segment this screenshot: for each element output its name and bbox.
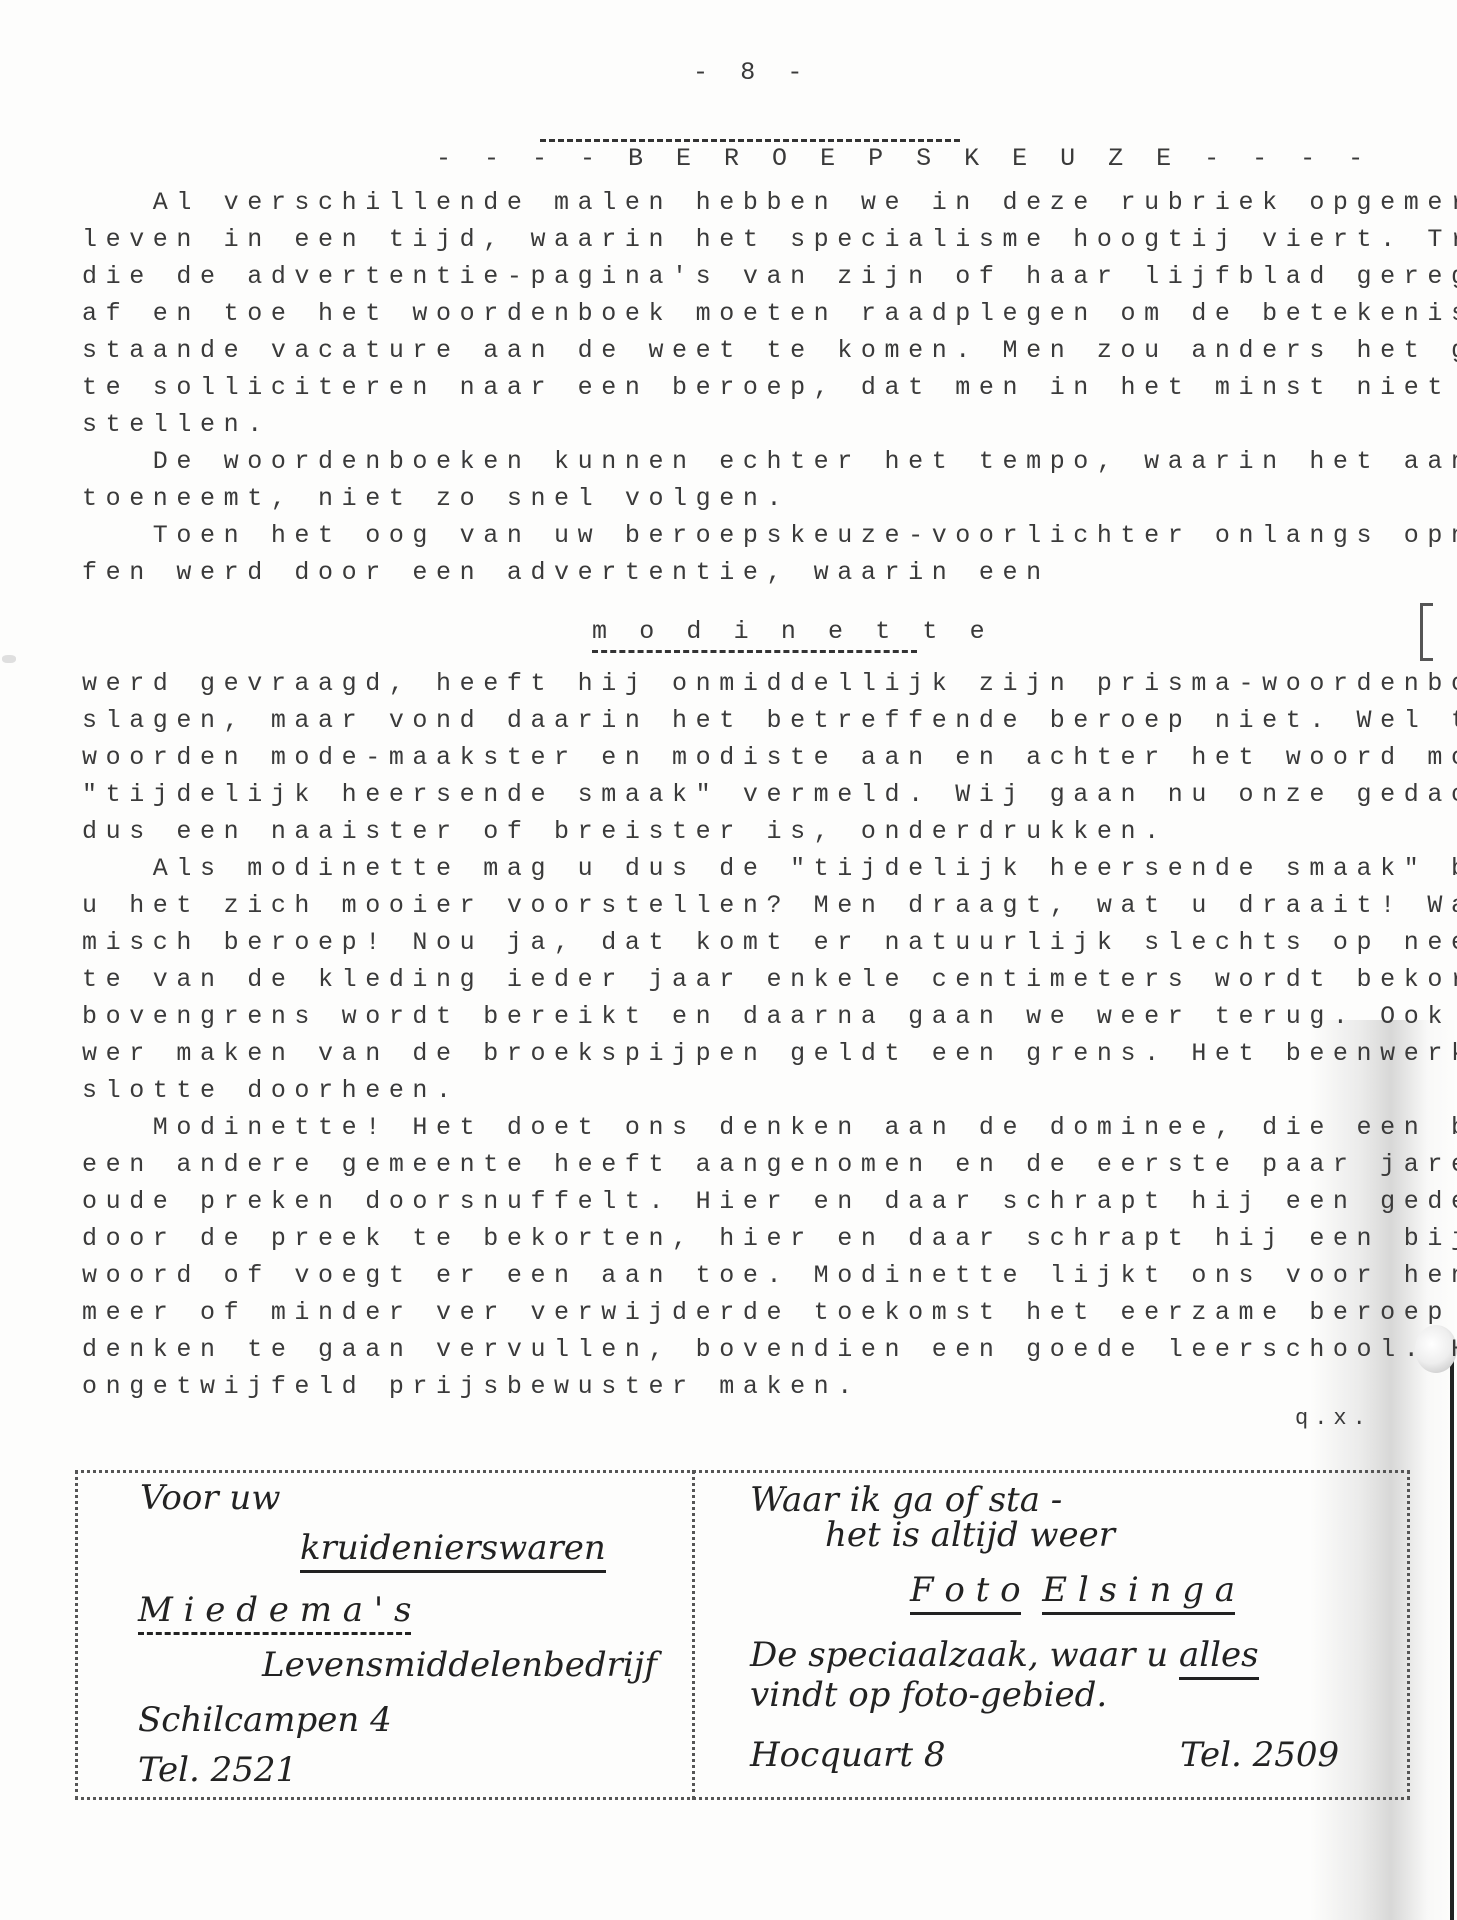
text-line: ongetwijfeld prijsbewuster maken. (82, 1368, 1457, 1405)
text-line: meer of minder ver verwijderde toekomst … (82, 1294, 1457, 1331)
ad-left-phone: Tel. 2521 (138, 1750, 297, 1790)
advertisement-divider (692, 1470, 695, 1800)
ad-right-line1: Waar ik ga of sta - (750, 1480, 1062, 1520)
text-line: Toen het oog van uw beroepskeuze-voorlic… (82, 517, 1457, 554)
ad-left-shopname: M i e d e m a ' s (138, 1590, 411, 1635)
ad-left-line1: Voor uw (140, 1478, 280, 1518)
text-line: stellen. (82, 406, 1457, 443)
ad-right-name-part1: F o t o (910, 1570, 1021, 1615)
ad-left-name: M i e d e m a ' s (138, 1590, 411, 1630)
article-body-part2: werd gevraagd, heeft hij onmiddellijk zi… (82, 665, 1457, 1405)
margin-bracket-mark (1420, 603, 1433, 661)
text-line: oude preken doorsnuffelt. Hier en daar s… (82, 1183, 1457, 1220)
text-line: "tijdelijk heersende smaak" vermeld. Wij… (82, 776, 1457, 813)
page-edge (1450, 1340, 1454, 1920)
text-line: wer maken van de broekspijpen geldt een … (82, 1035, 1457, 1072)
text-line: bovengrens wordt bereikt en daarna gaan … (82, 998, 1457, 1035)
text-line: slagen, maar vond daarin het betreffende… (82, 702, 1457, 739)
text-line: een andere gemeente heeft aangenomen en … (82, 1146, 1457, 1183)
title-dashes-left: - - - - (436, 144, 628, 173)
text-line: door de preek te bekorten, hier en daar … (82, 1220, 1457, 1257)
ad-right-line4: De speciaalzaak, waar u alles (750, 1635, 1259, 1675)
text-line: denken te gaan vervullen, bovendien een … (82, 1331, 1457, 1368)
title-dashes-right: - - - - (1180, 144, 1372, 173)
ad-left-line4: Levensmiddelenbedrijf (262, 1645, 657, 1685)
ad-right-phone: Tel. 2509 (1180, 1735, 1339, 1775)
text-line: te solliciteren naar een beroep, dat men… (82, 369, 1457, 406)
text-line: te van de kleding ieder jaar enkele cent… (82, 961, 1457, 998)
text-line: u het zich mooier voorstellen? Men draag… (82, 887, 1457, 924)
ad-right-name: F o t o E l s i n g a (910, 1570, 1235, 1610)
ad-right-line2: het is altijd weer (825, 1515, 1115, 1555)
ad-right-address: Hocquart 8 (750, 1735, 945, 1775)
text-line: dus een naaister of breister is, onderdr… (82, 813, 1457, 850)
text-line: Als modinette mag u dus de "tijdelijk he… (82, 850, 1457, 887)
text-line: af en toe het woordenboek moeten raadple… (82, 295, 1457, 332)
text-line: woord of voegt er een aan toe. Modinette… (82, 1257, 1457, 1294)
text-line: die de advertentie-pagina's van zijn of … (82, 258, 1457, 295)
text-line: fen werd door een advertentie, waarin ee… (82, 554, 1457, 591)
text-line: werd gevraagd, heeft hij onmiddellijk zi… (82, 665, 1457, 702)
article-body-part1: Al verschillende malen hebben we in deze… (82, 184, 1457, 591)
scan-speck (2, 655, 16, 663)
ad-left-address: Schilcampen 4 (138, 1700, 392, 1740)
text-line: Modinette! Het doet ons denken aan de do… (82, 1109, 1457, 1146)
text-line: misch beroep! Nou ja, dat komt er natuur… (82, 924, 1457, 961)
ad-left-line2: kruidenierswaren (300, 1528, 606, 1568)
highlight-underline (592, 650, 917, 653)
text-line: woorden mode-maakster en modiste aan en … (82, 739, 1457, 776)
author-signature: q.x. (1295, 1400, 1372, 1437)
ad-left-product: kruidenierswaren (300, 1528, 606, 1573)
page-number: - 8 - (693, 54, 811, 91)
text-line: slotte doorheen. (82, 1072, 1457, 1109)
ad-right-name-part2: E l s i n g a (1042, 1570, 1235, 1615)
text-line: staande vacature aan de weet te komen. M… (82, 332, 1457, 369)
title-word: B E R O E P S K E U Z E (628, 144, 1180, 173)
text-line: toeneemt, niet zo snel volgen. (82, 480, 1457, 517)
title-underline (540, 139, 960, 142)
ad-right-line5: vindt op foto-gebied. (750, 1675, 1107, 1715)
highlight-word: m o d i n e t t e (592, 613, 993, 650)
text-line: Al verschillende malen hebben we in deze… (82, 184, 1457, 221)
text-line: De woordenboeken kunnen echter het tempo… (82, 443, 1457, 480)
text-line: leven in een tijd, waarin het specialism… (82, 221, 1457, 258)
ad-right-line4-text: De speciaalzaak, waar u (750, 1635, 1179, 1675)
ad-right-emphasis: alles (1179, 1635, 1259, 1680)
